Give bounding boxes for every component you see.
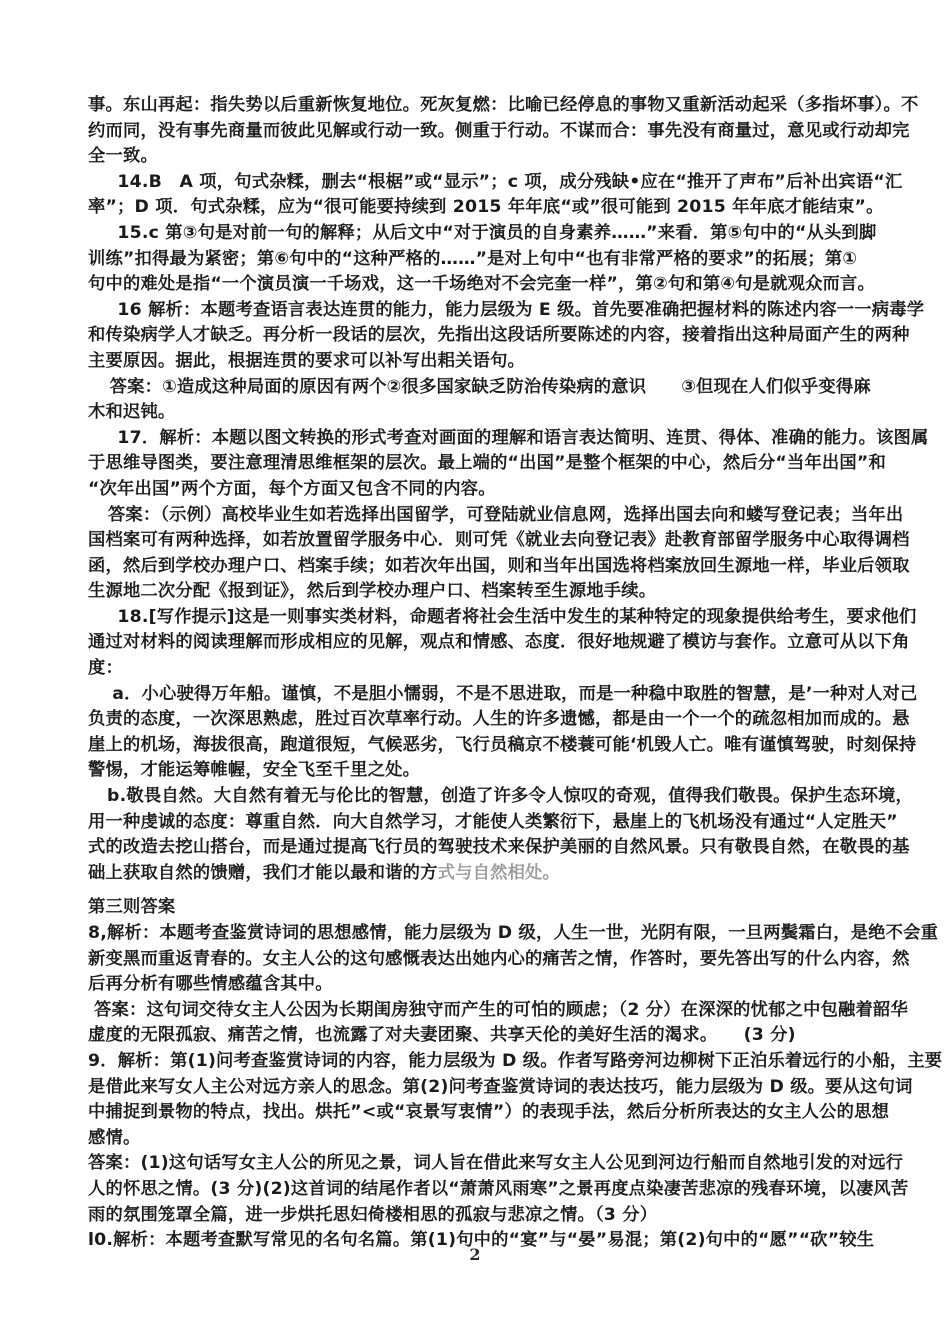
text-line: 答案：①造成这种局面的原因有两个②很多国家缺乏防治传染病的意识 ③但现在人们似乎… bbox=[88, 375, 878, 401]
text-line: 15.c 第③句是对前一句的解释；从后文中“对于演员的自身素养……”来看．第⑤句… bbox=[88, 221, 878, 247]
text-line: 函，然后到学校办理户口、档案手续；如若次年出国，则和当年出国选将档案放回生源地一… bbox=[88, 554, 878, 580]
line-text: 木和迟钝。 bbox=[88, 402, 175, 422]
line-text: 崖上的机场，海拔很高，跑道很短，气候恶劣，飞行员稿京不楼蓑可能‘机毁人亡。唯有谨… bbox=[88, 735, 916, 755]
text-line: 训练”扣得最为紧密；第⑥句中的“这种严格的……”是对上句中“也有非常严格的要求”… bbox=[88, 247, 878, 273]
line-text: 于思维导图类，要注意理清思维框架的层次。最上端的“出国”是整个框架的中心，然后分… bbox=[88, 453, 886, 473]
line-text: 17．解析：本题以图文转换的形式考查对画面的理解和语言表达简明、连贯、得体、准确… bbox=[117, 428, 928, 448]
line-text: 全一致。 bbox=[88, 146, 158, 166]
text-line: 木和迟钝。 bbox=[88, 400, 878, 426]
text-line: 18.[写作提示]这是一则事实类材料，命题者将社会生活中发生的某种特定的现象提供… bbox=[88, 605, 878, 631]
text-line: 答案：(1)这句话写女主人公的所见之景，词人旨在借此来写女主人公见到河边行船而自… bbox=[88, 1151, 878, 1177]
text-line: 度： bbox=[88, 656, 878, 682]
line-text: 句中的难处是指“一个演员演一千场戏，这一千场绝对不会完奎一样”，第②句和第④句是… bbox=[88, 274, 875, 294]
line-text: 新变黑而重返青春的。女主人公的这句感慨表达出她内心的痛苦之情，作答时，要先答出写… bbox=[88, 949, 910, 969]
line-text: 14.B A 项，句式杂糅，删去“根椐”或“显示”；c 项，成分残缺•应在“推开… bbox=[117, 172, 902, 192]
text-block: 事。东山再起：指失势以后重新恢复地位。死灰复燃：比喻已经停息的事物又重新活动起采… bbox=[88, 93, 878, 1254]
line-text: 约而同，没有事先商量而彼此见解或行动一致。侧重于行动。不谋而合：事先没有商量过，… bbox=[88, 121, 910, 141]
text-line: 句中的难处是指“一个演员演一千场戏，这一千场绝对不会完奎一样”，第②句和第④句是… bbox=[88, 272, 878, 298]
line-text: a．小心驶得万年船。谨慎，不是胆小懦弱，不是不思进取，而是一种稳中取胜的智慧，是… bbox=[112, 684, 917, 704]
text-line: 础上获取自然的馈赠，我们才能以最和谐的方式与自然相处。 bbox=[88, 861, 878, 887]
text-line: “次年出国”两个方面，每个方面又包含不同的内容。 bbox=[88, 477, 878, 503]
line-text: 9．解析：第(1)问考查鉴赏诗词的内容，能力层级为 D 级。作者写路旁河边柳树下… bbox=[88, 1051, 942, 1071]
line-text-muted: 式与自然相处。 bbox=[438, 863, 560, 883]
line-text: 虚度的无限孤寂、痛苦之情，也流露了对夫妻团聚、共享天伦的美好生活的渴求。 (3 … bbox=[88, 1025, 796, 1045]
text-line: 14.B A 项，句式杂糅，删去“根椐”或“显示”；c 项，成分残缺•应在“推开… bbox=[88, 170, 878, 196]
text-line: 答案：这句词交待女主人公因为长期闺房独守而产生的可怕的顾虑；（2 分）在深深的忧… bbox=[88, 998, 878, 1024]
text-line: 和传染病学人才缺乏。再分析一段话的层次，先指出这段话所要陈述的内容，接着指出这种… bbox=[88, 323, 878, 349]
line-text: 主要原因。据此，根据连贯的要求可以补写出耜关语句。 bbox=[88, 351, 525, 371]
text-line: 感情。 bbox=[88, 1126, 878, 1152]
line-text: 训练”扣得最为紧密；第⑥句中的“这种严格的……”是对上句中“也有非常严格的要求”… bbox=[88, 249, 857, 269]
line-text: 后再分析有哪些情感蕴含其中。 bbox=[88, 974, 333, 994]
line-text: 答案：这句词交待女主人公因为长期闺房独守而产生的可怕的顾虑；（2 分）在深深的忧… bbox=[94, 1000, 908, 1020]
line-text: 度： bbox=[88, 658, 123, 678]
text-line: a．小心驶得万年船。谨慎，不是胆小懦弱，不是不思进取，而是一种稳中取胜的智慧，是… bbox=[88, 682, 878, 708]
line-text: 用一种虔诚的态度：尊重自然．向大自然学习，才能使人类繁衍下，悬崖上的飞机场没有通… bbox=[88, 812, 898, 832]
line-text: 础上获取自然的馈赠，我们才能以最和谐的方 bbox=[88, 863, 438, 883]
section-heading: 第三则答案 bbox=[88, 895, 878, 921]
text-line: 率”；D 项．句式杂糅，应为“很可能要持续到 2015 年年底“或”很可能到 2… bbox=[88, 195, 878, 221]
text-line: 约而同，没有事先商量而彼此见解或行动一致。侧重于行动。不谋而合：事先没有商量过，… bbox=[88, 119, 878, 145]
line-text: 15.c 第③句是对前一句的解释；从后文中“对于演员的自身素养……”来看．第⑤句… bbox=[117, 223, 876, 243]
text-line: 虚度的无限孤寂、痛苦之情，也流露了对夫妻团聚、共享天伦的美好生活的渴求。 (3 … bbox=[88, 1023, 878, 1049]
text-line: 于思维导图类，要注意理清思维框架的层次。最上端的“出国”是整个框架的中心，然后分… bbox=[88, 451, 878, 477]
line-text: 感情。 bbox=[88, 1128, 140, 1148]
text-line: b.敬畏自然。大自然有着无与伦比的智慧，创造了许多令人惊叹的奇观，值得我们敬畏。… bbox=[88, 784, 878, 810]
document-page: 事。东山再起：指失势以后重新恢复地位。死灰复燃：比喻已经停息的事物又重新活动起采… bbox=[0, 0, 950, 1344]
line-text: 负责的态度，一次深思熟虑，胜过百次草率行动。人生的许多遗憾，都是由一个一个的疏忽… bbox=[88, 709, 910, 729]
line-text: 是借此来写女人主公对远方亲人的思念。第(2)问考查鉴赏诗词的表达技巧，能力层级为… bbox=[88, 1077, 913, 1097]
page-number: 2 bbox=[0, 1245, 950, 1264]
line-text: 警惕，才能运筹帷幄，安全飞至千里之处。 bbox=[88, 760, 420, 780]
text-line: 事。东山再起：指失势以后重新恢复地位。死灰复燃：比喻已经停息的事物又重新活动起采… bbox=[88, 93, 878, 119]
line-text: 生源地二次分配《报到证》，然后到学校办理户口、档案转至生源地手续。 bbox=[88, 581, 656, 601]
text-line: 16 解析：本题考查语言表达连贯的能力，能力层级为 E 级。首先要准确把握材料的… bbox=[88, 298, 878, 324]
line-text: 答案：①造成这种局面的原因有两个②很多国家缺乏防治传染病的意识 ③但现在人们似乎… bbox=[110, 377, 871, 397]
text-line: 警惕，才能运筹帷幄，安全飞至千里之处。 bbox=[88, 758, 878, 784]
text-line: 8,解析：本题考查鉴赏诗词的思想感情，能力层级为 D 级，人生一世，光阴有限，一… bbox=[88, 921, 878, 947]
line-text: b.敬畏自然。大自然有着无与伦比的智慧，创造了许多令人惊叹的奇观，值得我们敬畏。… bbox=[107, 786, 913, 806]
text-line: 崖上的机场，海拔很高，跑道很短，气候恶劣，飞行员稿京不楼蓑可能‘机毁人亡。唯有谨… bbox=[88, 733, 878, 759]
text-line: 主要原因。据此，根据连贯的要求可以补写出耜关语句。 bbox=[88, 349, 878, 375]
text-line: 是借此来写女人主公对远方亲人的思念。第(2)问考查鉴赏诗词的表达技巧，能力层级为… bbox=[88, 1075, 878, 1101]
line-text: 通过对材料的阅读理解而形成相应的见解，观点和情感、态度．很好地规避了模访与套作。… bbox=[88, 632, 910, 652]
text-line: 9．解析：第(1)问考查鉴赏诗词的内容，能力层级为 D 级。作者写路旁河边柳树下… bbox=[88, 1049, 878, 1075]
line-text: 雨的氛围笼罩全篇，进一步烘托思妇倚楼相思的孤寂与悲凉之情。（3 分） bbox=[88, 1205, 657, 1225]
line-text: 18.[写作提示]这是一则事实类材料，命题者将社会生活中发生的某种特定的现象提供… bbox=[117, 607, 916, 627]
text-line: 17．解析：本题以图文转换的形式考查对画面的理解和语言表达简明、连贯、得体、准确… bbox=[88, 426, 878, 452]
text-line: 全一致。 bbox=[88, 144, 878, 170]
text-line: 人的怀思之情。(3 分)(2)这首词的结尾作者以“萧萧风雨寒”之景再度点染凄苦悲… bbox=[88, 1177, 878, 1203]
line-text: 人的怀思之情。(3 分)(2)这首词的结尾作者以“萧萧风雨寒”之景再度点染凄苦悲… bbox=[88, 1179, 908, 1199]
text-line: 国档案可有两种选择，如若放置留学服务中心．则可凭《就业去向登记表》赴教育部留学服… bbox=[88, 528, 878, 554]
text-line: 式的改造去挖山搭台，而是通过提高飞行员的驾驶技术来保护美丽的自然风景。只有敬畏自… bbox=[88, 835, 878, 861]
text-line: 答案：（示例）高校毕业生如若选择出国留学，可登陆就业信息网，选择出国去向和蝼写登… bbox=[88, 503, 878, 529]
line-text: 答案：(1)这句话写女主人公的所见之景，词人旨在借此来写女主人公见到河边行船而自… bbox=[88, 1153, 903, 1173]
text-line: 中捕捉到景物的特点，找出。烘托”<或“哀景写衷情”）的表现手法，然后分析所表达的… bbox=[88, 1100, 878, 1126]
text-line: 雨的氛围笼罩全篇，进一步烘托思妇倚楼相思的孤寂与悲凉之情。（3 分） bbox=[88, 1203, 878, 1229]
line-text: 中捕捉到景物的特点，找出。烘托”<或“哀景写衷情”）的表现手法，然后分析所表达的… bbox=[88, 1102, 889, 1122]
line-text: 事。东山再起：指失势以后重新恢复地位。死灰复燃：比喻已经停息的事物又重新活动起采… bbox=[88, 95, 918, 115]
line-text: “次年出国”两个方面，每个方面又包含不同的内容。 bbox=[88, 479, 496, 499]
text-line: 后再分析有哪些情感蕴含其中。 bbox=[88, 972, 878, 998]
line-text: 国档案可有两种选择，如若放置留学服务中心．则可凭《就业去向登记表》赴教育部留学服… bbox=[88, 530, 910, 550]
line-text: 16 解析：本题考查语言表达连贯的能力，能力层级为 E 级。首先要准确把握材料的… bbox=[117, 300, 924, 320]
text-line: 负责的态度，一次深思熟虑，胜过百次草率行动。人生的许多遗憾，都是由一个一个的疏忽… bbox=[88, 707, 878, 733]
line-text: 第三则答案 bbox=[88, 897, 175, 917]
line-text: 8,解析：本题考查鉴赏诗词的思想感情，能力层级为 D 级，人生一世，光阴有限，一… bbox=[88, 923, 938, 943]
line-text: 和传染病学人才缺乏。再分析一段话的层次，先指出这段话所要陈述的内容，接着指出这种… bbox=[88, 325, 910, 345]
line-text: 率”；D 项．句式杂糅，应为“很可能要持续到 2015 年年底“或”很可能到 2… bbox=[88, 197, 884, 217]
text-line: 通过对材料的阅读理解而形成相应的见解，观点和情感、态度．很好地规避了模访与套作。… bbox=[88, 630, 878, 656]
text-line: 用一种虔诚的态度：尊重自然．向大自然学习，才能使人类繁衍下，悬崖上的飞机场没有通… bbox=[88, 810, 878, 836]
text-line: 生源地二次分配《报到证》，然后到学校办理户口、档案转至生源地手续。 bbox=[88, 579, 878, 605]
line-text: 答案：（示例）高校毕业生如若选择出国留学，可登陆就业信息网，选择出国去向和蝼写登… bbox=[108, 505, 904, 525]
line-text: 式的改造去挖山搭台，而是通过提高飞行员的驾驶技术来保护美丽的自然风景。只有敬畏自… bbox=[88, 837, 910, 857]
text-line: 新变黑而重返青春的。女主人公的这句感慨表达出她内心的痛苦之情，作答时，要先答出写… bbox=[88, 947, 878, 973]
line-text: 函，然后到学校办理户口、档案手续；如若次年出国，则和当年出国选将档案放回生源地一… bbox=[88, 556, 910, 576]
